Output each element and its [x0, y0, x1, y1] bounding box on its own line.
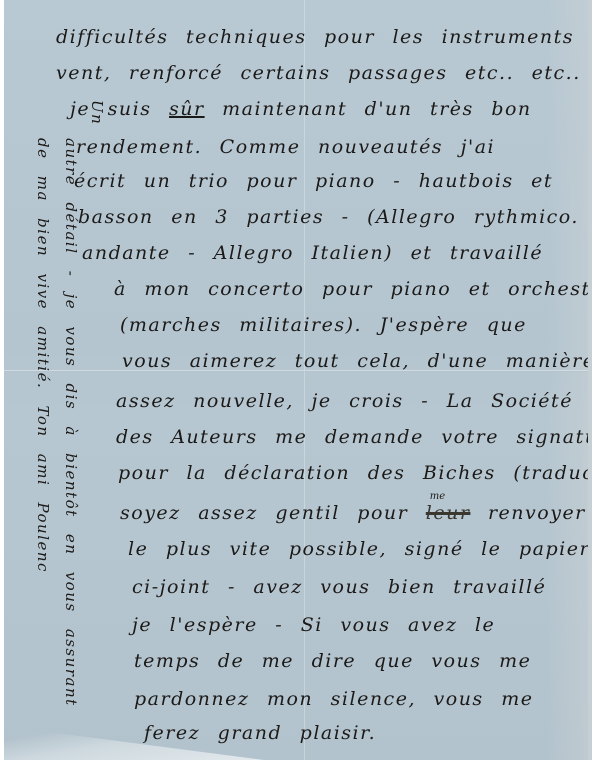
body-line-12: des Auteurs me demande votre signature	[116, 428, 592, 447]
body-line-20: ferez grand plaisir.	[144, 724, 376, 743]
body-line-5: écrit un trio pour piano - hautbois et	[74, 172, 553, 191]
body-line-3: je suis sûr maintenant d'un très bon	[70, 100, 532, 119]
body-line-16: ci-joint - avez vous bien travaillé	[132, 578, 546, 597]
body-line-11: assez nouvelle, je crois - La Société	[116, 392, 573, 411]
body-line-6: basson en 3 parties - (Allegro rythmico.	[78, 208, 579, 227]
body-line-18: temps de me dire que vous me	[134, 652, 531, 671]
body-line-2: vent, renforcé certains passages etc.. e…	[56, 64, 581, 83]
margin-column-3: de ma bien vive amitié. Ton ami Poulenc	[35, 138, 50, 573]
body-line-7: andante - Allegro Italien) et travaillé	[82, 244, 543, 263]
body-line-14-end: renvoyer	[488, 502, 586, 524]
body-line-13: pour la déclaration des Biches (traducti…	[118, 464, 592, 483]
body-line-15: le plus vite possible, signé le papier	[128, 540, 590, 559]
paper-edge-shade	[548, 0, 588, 760]
inserted-word: me	[430, 492, 445, 502]
struck-word: leur	[426, 502, 471, 524]
margin-column-2: autre détail - je vous dis à bientôt en …	[63, 138, 78, 707]
body-line-14: soyez assez gentil pour me leur renvoyer	[120, 504, 586, 523]
body-line-14-text: soyez assez gentil pour	[120, 502, 408, 524]
body-line-8: à mon concerto pour piano et orchestre	[114, 280, 592, 299]
body-line-3-text: je suis sûr maintenant d'un très bon	[70, 98, 532, 120]
margin-column-1: Un	[89, 100, 104, 125]
body-line-4: rendement. Comme nouveautés j'ai	[76, 138, 495, 157]
correction: me leur	[426, 502, 488, 524]
body-line-17: je l'espère - Si vous avez le	[132, 616, 495, 635]
body-line-10: vous aimerez tout cela, d'une manière	[122, 352, 592, 371]
body-line-9: (marches militaires). J'espère que	[120, 316, 527, 335]
letter-page: difficultés techniques pour les instrume…	[4, 0, 592, 760]
body-line-19: pardonnez mon silence, vous me	[134, 690, 533, 709]
body-line-1: difficultés techniques pour les instrume…	[56, 28, 592, 47]
underlined-word: sûr	[169, 98, 205, 120]
